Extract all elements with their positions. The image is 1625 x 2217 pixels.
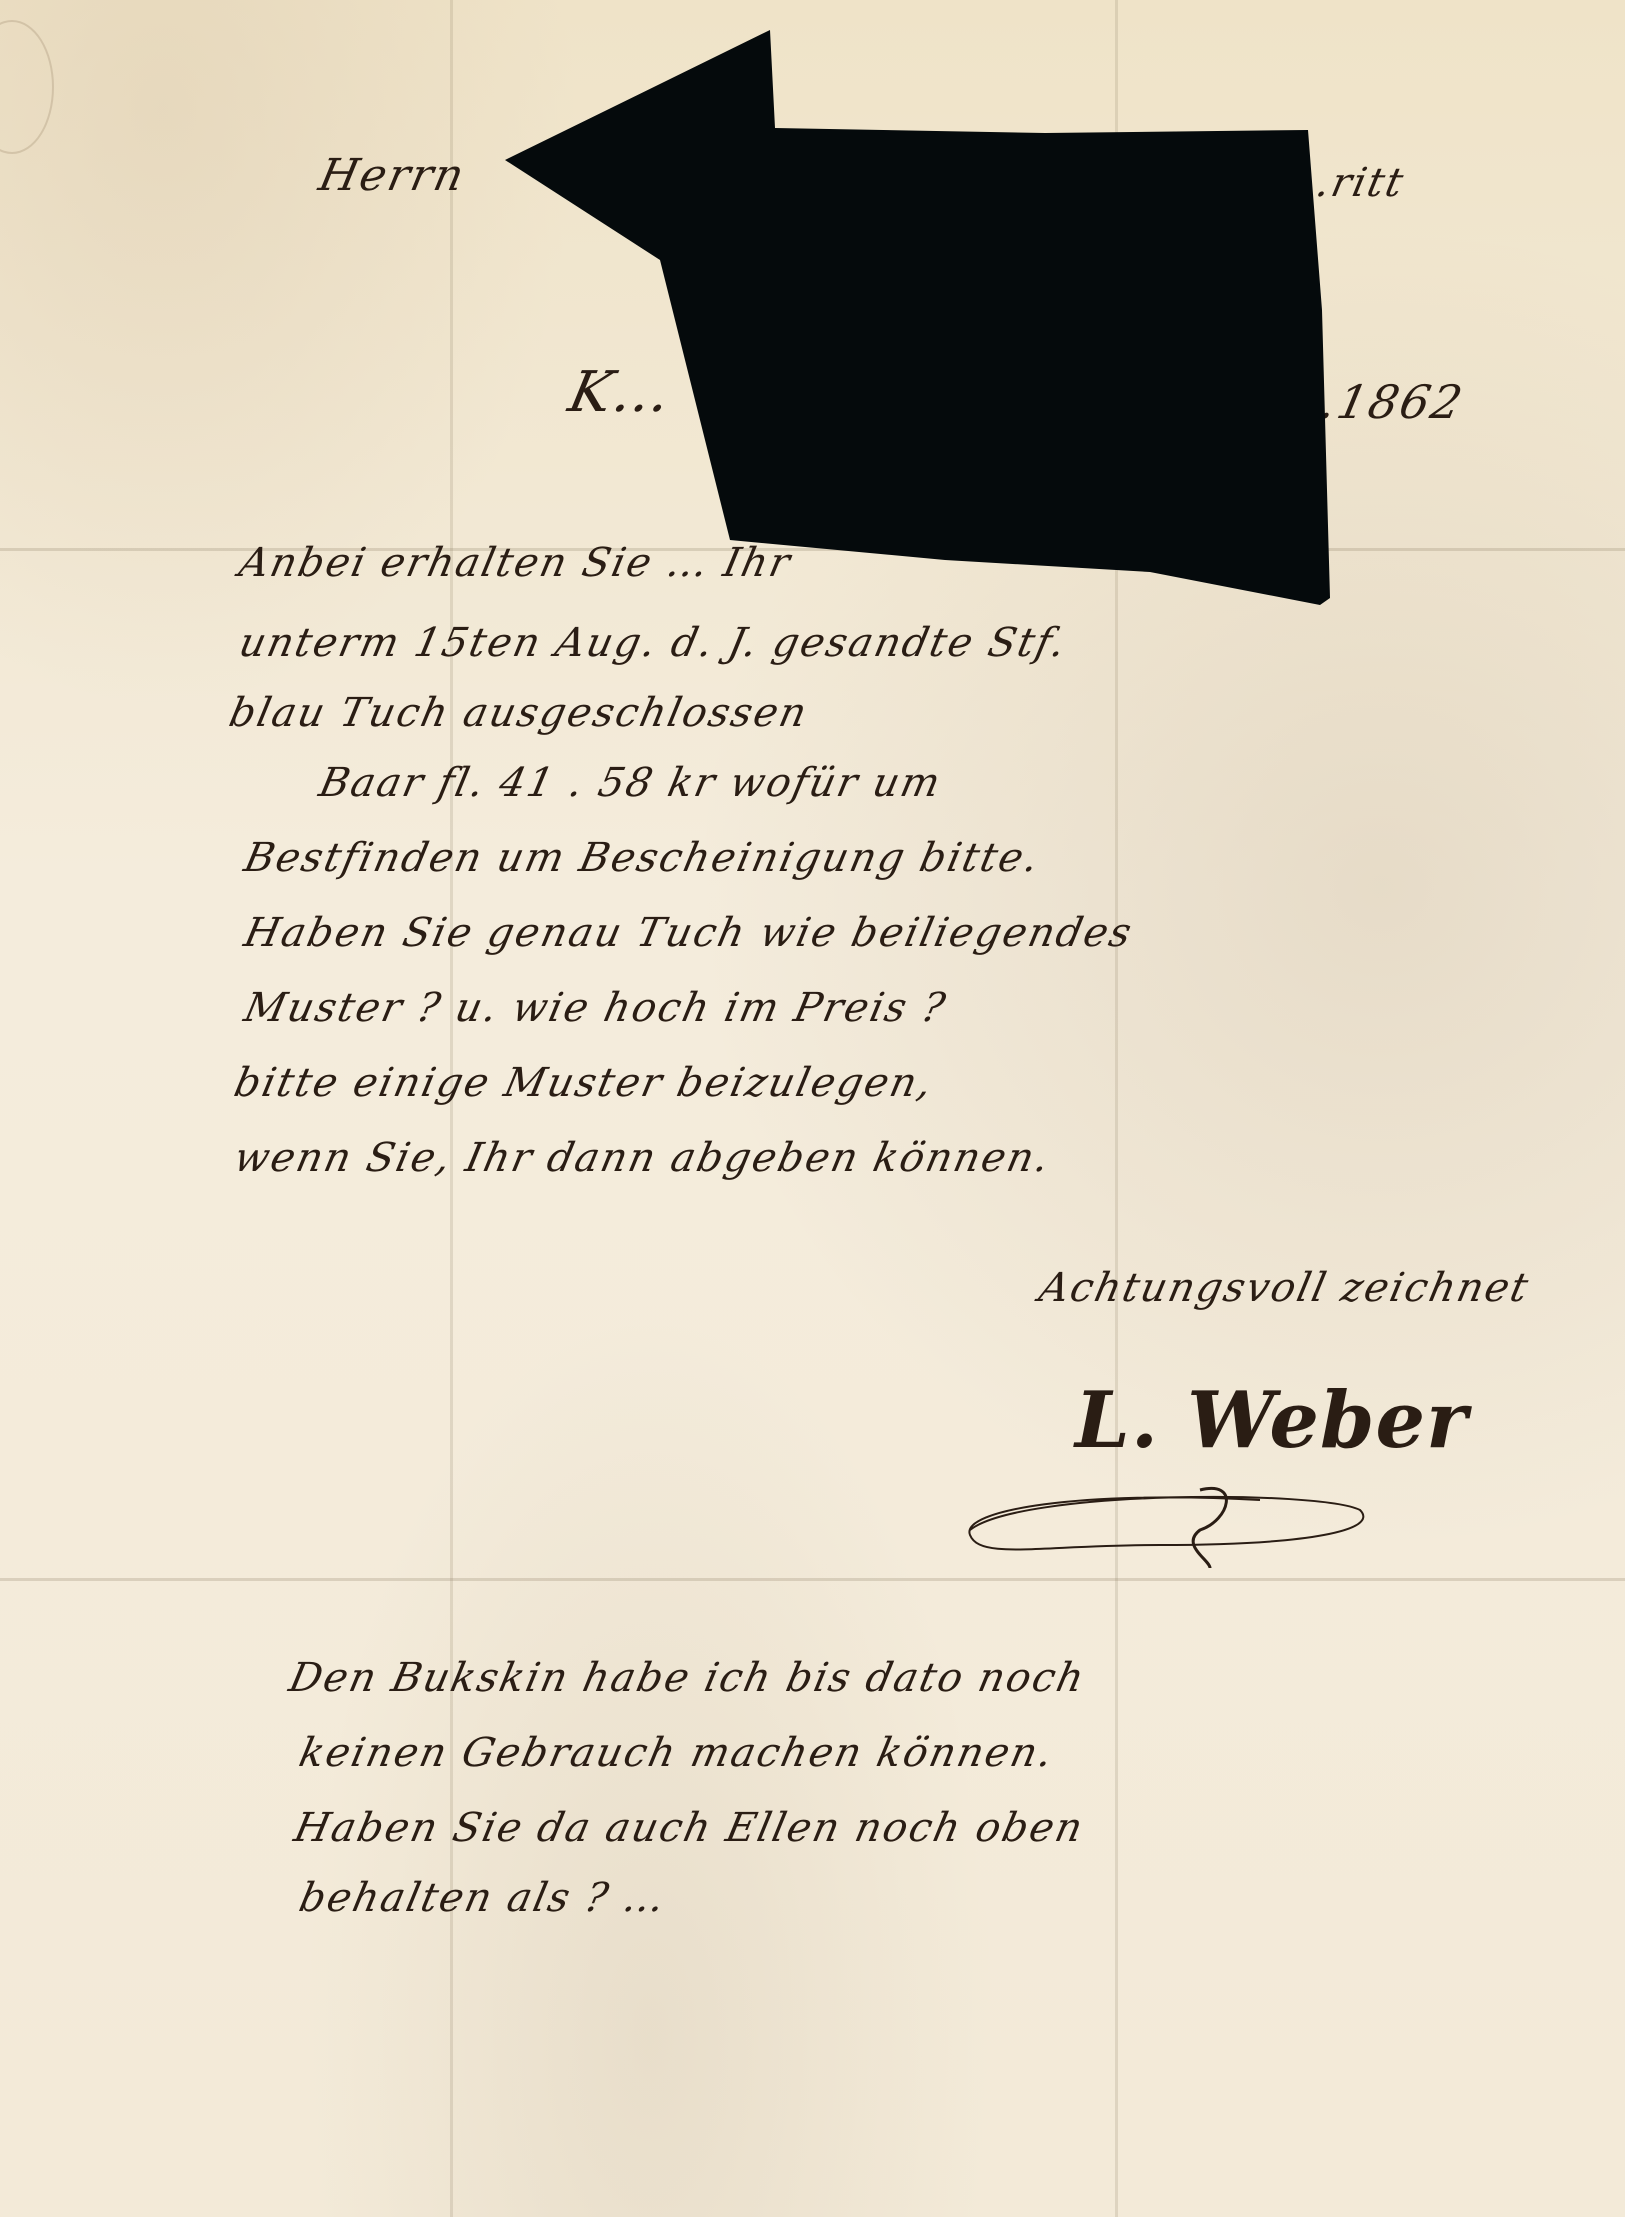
postscript-line-2: keinen Gebrauch machen können. <box>295 1730 1058 1776</box>
body-line-9: wenn Sie, Ihr dann abgeben können. <box>230 1135 1055 1181</box>
place-date-right: …1862 <box>1284 375 1469 429</box>
body-line-1: Anbei erhalten Sie … Ihr <box>235 540 796 586</box>
body-line-3: blau Tuch ausgeschlossen <box>225 690 812 736</box>
redaction-patch <box>0 0 1625 2217</box>
postscript-line-4: behalten als ? … <box>295 1875 671 1921</box>
salutation-left: Herrn <box>315 150 471 201</box>
body-line-4: Baar fl. 41 . 58 kr wofür um <box>315 760 946 806</box>
signature-flourish <box>960 1450 1380 1570</box>
place-date-left: K… <box>563 360 679 425</box>
postscript-line-3: Haben Sie da auch Ellen noch oben <box>290 1805 1088 1851</box>
body-line-6: Haben Sie genau Tuch wie beiliegendes <box>240 910 1137 956</box>
body-line-7: Muster ? u. wie hoch im Preis ? <box>240 985 951 1031</box>
fold-line-vertical-right <box>1115 0 1118 2217</box>
body-line-8: bitte einige Muster beizulegen, <box>230 1060 938 1106</box>
closing-line: Achtungsvoll zeichnet <box>1035 1265 1534 1311</box>
postscript-line-1: Den Bukskin habe ich bis dato noch <box>285 1655 1090 1701</box>
embossed-seal <box>0 20 54 154</box>
fold-line-horizontal-lower <box>0 1578 1625 1581</box>
body-line-2: unterm 15ten Aug. d. J. gesandte Stf. <box>235 620 1071 666</box>
body-line-5: Bestfinden um Bescheinigung bitte. <box>240 835 1044 881</box>
salutation-right: …ritt <box>1285 160 1409 206</box>
